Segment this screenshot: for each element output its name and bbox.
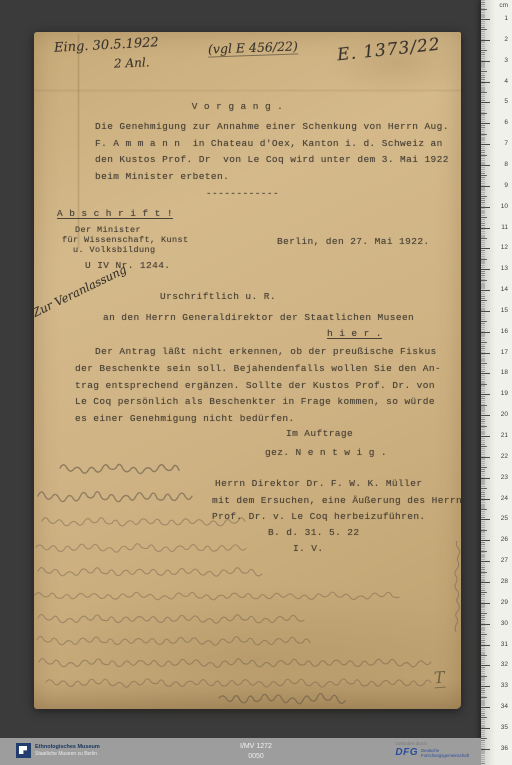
ruler-number: 27: [501, 557, 508, 565]
ruler-number: 13: [501, 265, 508, 273]
ruler-tick: [481, 19, 490, 20]
ruler-tick: [481, 738, 487, 739]
ruler-tick: [481, 82, 490, 83]
typed-line: beim Minister erbeten.: [95, 171, 229, 182]
ruler-tick: [481, 686, 490, 687]
pencil-check-mark: T: [433, 668, 445, 689]
funder-block: Gefördert durch DFG Deutsche Forschungsg…: [395, 741, 469, 758]
shelfmark: I/MV 1272: [240, 742, 272, 752]
ruler-tick: [481, 373, 490, 374]
typed-line: den Kustos Prof. Dr von Le Coq wird unte…: [95, 154, 449, 165]
ruler-tick: [481, 217, 487, 218]
ruler-tick: [481, 634, 487, 635]
pencil-handwriting-stroke: [60, 464, 179, 473]
typed-abschrift-heading: A b s c h r i f t !: [57, 208, 173, 219]
institution-subname: Staatliche Museen zu Berlin: [35, 751, 100, 757]
ruler-number: 7: [504, 140, 508, 148]
funder-name: Deutsche Forschungsgemeinschaft: [421, 748, 469, 758]
ruler-number: 19: [501, 390, 508, 398]
ruler-tick: [481, 405, 487, 406]
ruler-tick: [481, 394, 490, 395]
ruler-tick: [481, 332, 490, 333]
ruler-tick: [481, 248, 490, 249]
typed-addressee: an den Herrn Generaldirektor der Staatli…: [103, 312, 414, 323]
ruler-tick: [481, 749, 490, 750]
typed-reference-number: U IV Nr. 1244.: [85, 260, 170, 271]
ruler-number: 25: [501, 515, 508, 523]
ruler-number: 12: [501, 244, 508, 252]
ruler-number: 17: [501, 349, 508, 357]
pencil-handwriting-stroke: [38, 492, 192, 502]
typed-line: Prof. Dr. v. Le Coq herbeizuführen.: [212, 511, 426, 522]
typed-im-auftrage: Im Auftrage: [286, 428, 353, 439]
ruler-tick: [481, 540, 490, 541]
institution-block: Ethnologisches Museum Staatliche Museen …: [16, 743, 100, 758]
ruler-number: 4: [504, 78, 508, 86]
ruler-number: 6: [504, 119, 508, 127]
typed-sender-line: für Wissenschaft, Kunst: [62, 235, 189, 245]
ruler-tick: [481, 499, 490, 500]
paper-stain: [34, 678, 461, 709]
typed-line: mit dem Ersuchen, eine Äußerung des Herr…: [212, 495, 462, 506]
ruler-tick: [481, 155, 487, 156]
ruler-tick: [481, 144, 490, 145]
ruler-tick: [481, 165, 490, 166]
ruler-tick: [481, 676, 487, 677]
ruler-number: 30: [501, 620, 508, 628]
typed-heading: V o r g a n g .: [24, 101, 451, 112]
funder-name-line: Forschungsgemeinschaft: [421, 753, 469, 758]
ruler-tick: [481, 384, 487, 385]
ruler-tick: [481, 592, 487, 593]
shelfmark-block: I/MV 1272 0050: [240, 742, 272, 761]
typed-forward-sign: I. V.: [293, 543, 324, 554]
ruler-tick: [481, 415, 490, 416]
ruler-tick: [481, 467, 487, 468]
ruler-tick: [481, 9, 487, 10]
ruler-tick: [481, 488, 487, 489]
ruler-tick: [481, 228, 490, 229]
ruler-tick: [481, 446, 487, 447]
ruler-number: 15: [501, 307, 508, 315]
typed-place-date: Berlin, den 27. Mai 1922.: [277, 236, 430, 247]
ruler: cm 1234567891011121314151617181920212223…: [481, 0, 512, 765]
ruler-number: 34: [501, 703, 508, 711]
ruler-tick: [481, 363, 487, 364]
ruler-unit-label: cm: [499, 2, 508, 9]
document-page: Eing. 30.5.1922 2 Anl. (vgl E 456/22) E.…: [34, 32, 461, 709]
ruler-number: 5: [504, 98, 508, 106]
ruler-number: 21: [501, 432, 508, 440]
ruler-tick: [481, 342, 487, 343]
ruler-number: 1: [504, 15, 508, 23]
typed-line: F. A m m a n n in Chateau d'Oex, Kanton …: [95, 138, 443, 149]
ruler-number: 14: [501, 286, 508, 294]
ruler-number: 22: [501, 453, 508, 461]
ruler-number: 29: [501, 599, 508, 607]
ruler-tick: [481, 175, 487, 176]
typed-sender-line: u. Volksbildung: [73, 245, 156, 255]
museum-logo-icon: [16, 743, 31, 758]
ruler-tick: [481, 40, 490, 41]
ruler-tick: [481, 92, 487, 93]
ruler-tick: [481, 207, 490, 208]
footer-bar: Ethnologisches Museum Staatliche Museen …: [0, 738, 481, 765]
ruler-tick: [481, 50, 487, 51]
ruler-tick: [481, 561, 490, 562]
ruler-number: 28: [501, 578, 508, 586]
typed-line: Der Antrag läßt nicht erkennen, ob der p…: [95, 346, 437, 357]
ruler-tick: [481, 728, 490, 729]
ruler-tick: [481, 186, 490, 187]
dfg-logo: DFG: [395, 747, 418, 758]
ruler-number: 33: [501, 682, 508, 690]
pencil-handwriting-stroke: [36, 544, 246, 552]
ruler-tick: [481, 123, 490, 124]
ruler-tick: [481, 697, 487, 698]
ruler-number: 23: [501, 474, 508, 482]
typed-line: Herrn Direktor Dr. F. W. K. Müller: [215, 478, 422, 489]
ruler-tick: [481, 603, 490, 604]
ruler-number: 2: [504, 36, 508, 44]
typed-line: der Beschenkte sein soll. Bejahendenfall…: [75, 363, 441, 374]
ruler-tick: [481, 102, 490, 103]
ruler-tick: [481, 321, 487, 322]
ruler-number: 32: [501, 661, 508, 669]
ruler-tick: [481, 280, 487, 281]
ruler-number: 31: [501, 641, 508, 649]
ruler-tick: [481, 311, 490, 312]
ruler-number: 24: [501, 495, 508, 503]
ruler-tick: [481, 613, 487, 614]
typed-divider: ------------: [29, 188, 456, 199]
ruler-tick: [481, 665, 490, 666]
typed-line: Le Coq persönlich als Beschenkter in Fra…: [75, 396, 435, 407]
ruler-tick: [481, 300, 487, 301]
funding-label: Gefördert durch: [395, 741, 469, 746]
ruler-tick: [481, 353, 490, 354]
ruler-tick: [481, 707, 490, 708]
institution-name: Ethnologisches Museum: [35, 744, 100, 751]
ruler-number: 9: [504, 182, 508, 190]
ruler-tick: [481, 457, 490, 458]
museum-logo-glyph-icon: [19, 746, 27, 754]
ruler-tick: [481, 509, 487, 510]
ink-enclosures-note: 2 Anl.: [114, 55, 150, 70]
typed-hier: h i e r .: [327, 328, 382, 339]
ruler-tick: [481, 113, 487, 114]
typed-transmittal: Urschriftlich u. R.: [160, 291, 276, 302]
typed-signature: gez. N e n t w i g .: [265, 447, 387, 458]
scan-viewport: Eing. 30.5.1922 2 Anl. (vgl E 456/22) E.…: [0, 0, 512, 765]
ruler-number: 20: [501, 411, 508, 419]
ruler-tick: [481, 134, 487, 135]
ruler-tick: [481, 645, 490, 646]
ruler-number: 11: [501, 224, 508, 232]
ruler-tick: [481, 582, 490, 583]
ruler-tick: [481, 436, 490, 437]
typed-line: es einer Genehmigung nicht bedürfen.: [75, 413, 295, 424]
ruler-number: 35: [501, 724, 508, 732]
ruler-tick: [481, 478, 490, 479]
ruler-tick: [481, 71, 487, 72]
typed-forward-date: B. d. 31. 5. 22: [268, 527, 360, 538]
ruler-tick: [481, 269, 490, 270]
ruler-tick: [481, 196, 487, 197]
ruler-tick: [481, 238, 487, 239]
ruler-number: 36: [501, 745, 508, 753]
ruler-tick: [481, 426, 487, 427]
ruler-number: 18: [501, 369, 508, 377]
ruler-mm-ticks: [481, 0, 485, 765]
typed-line: Die Genehmigung zur Annahme einer Schenk…: [95, 121, 449, 132]
page-number: 0050: [240, 752, 272, 761]
ruler-number: 16: [501, 328, 508, 336]
ruler-tick: [481, 717, 487, 718]
ruler-tick: [481, 519, 490, 520]
ruler-number: 8: [504, 161, 508, 169]
ruler-tick: [481, 655, 487, 656]
ruler-tick: [481, 572, 487, 573]
pencil-handwriting-stroke: [38, 568, 262, 577]
ruler-tick: [481, 624, 490, 625]
ruler-number: 10: [501, 203, 508, 211]
ruler-tick: [481, 530, 487, 531]
ink-received-date: Eing. 30.5.1922: [54, 35, 159, 55]
ruler-tick: [481, 551, 487, 552]
typed-line: trag entsprechend ergänzen. Sollte der K…: [75, 380, 435, 391]
ruler-tick: [481, 259, 487, 260]
ruler-tick: [481, 61, 490, 62]
ruler-tick: [481, 29, 487, 30]
typed-sender-line: Der Minister: [75, 225, 141, 235]
ink-crossreference: (vgl E 456/22): [208, 38, 298, 57]
ruler-number: 26: [501, 536, 508, 544]
ruler-number: 3: [504, 57, 508, 65]
ruler-tick: [481, 290, 490, 291]
